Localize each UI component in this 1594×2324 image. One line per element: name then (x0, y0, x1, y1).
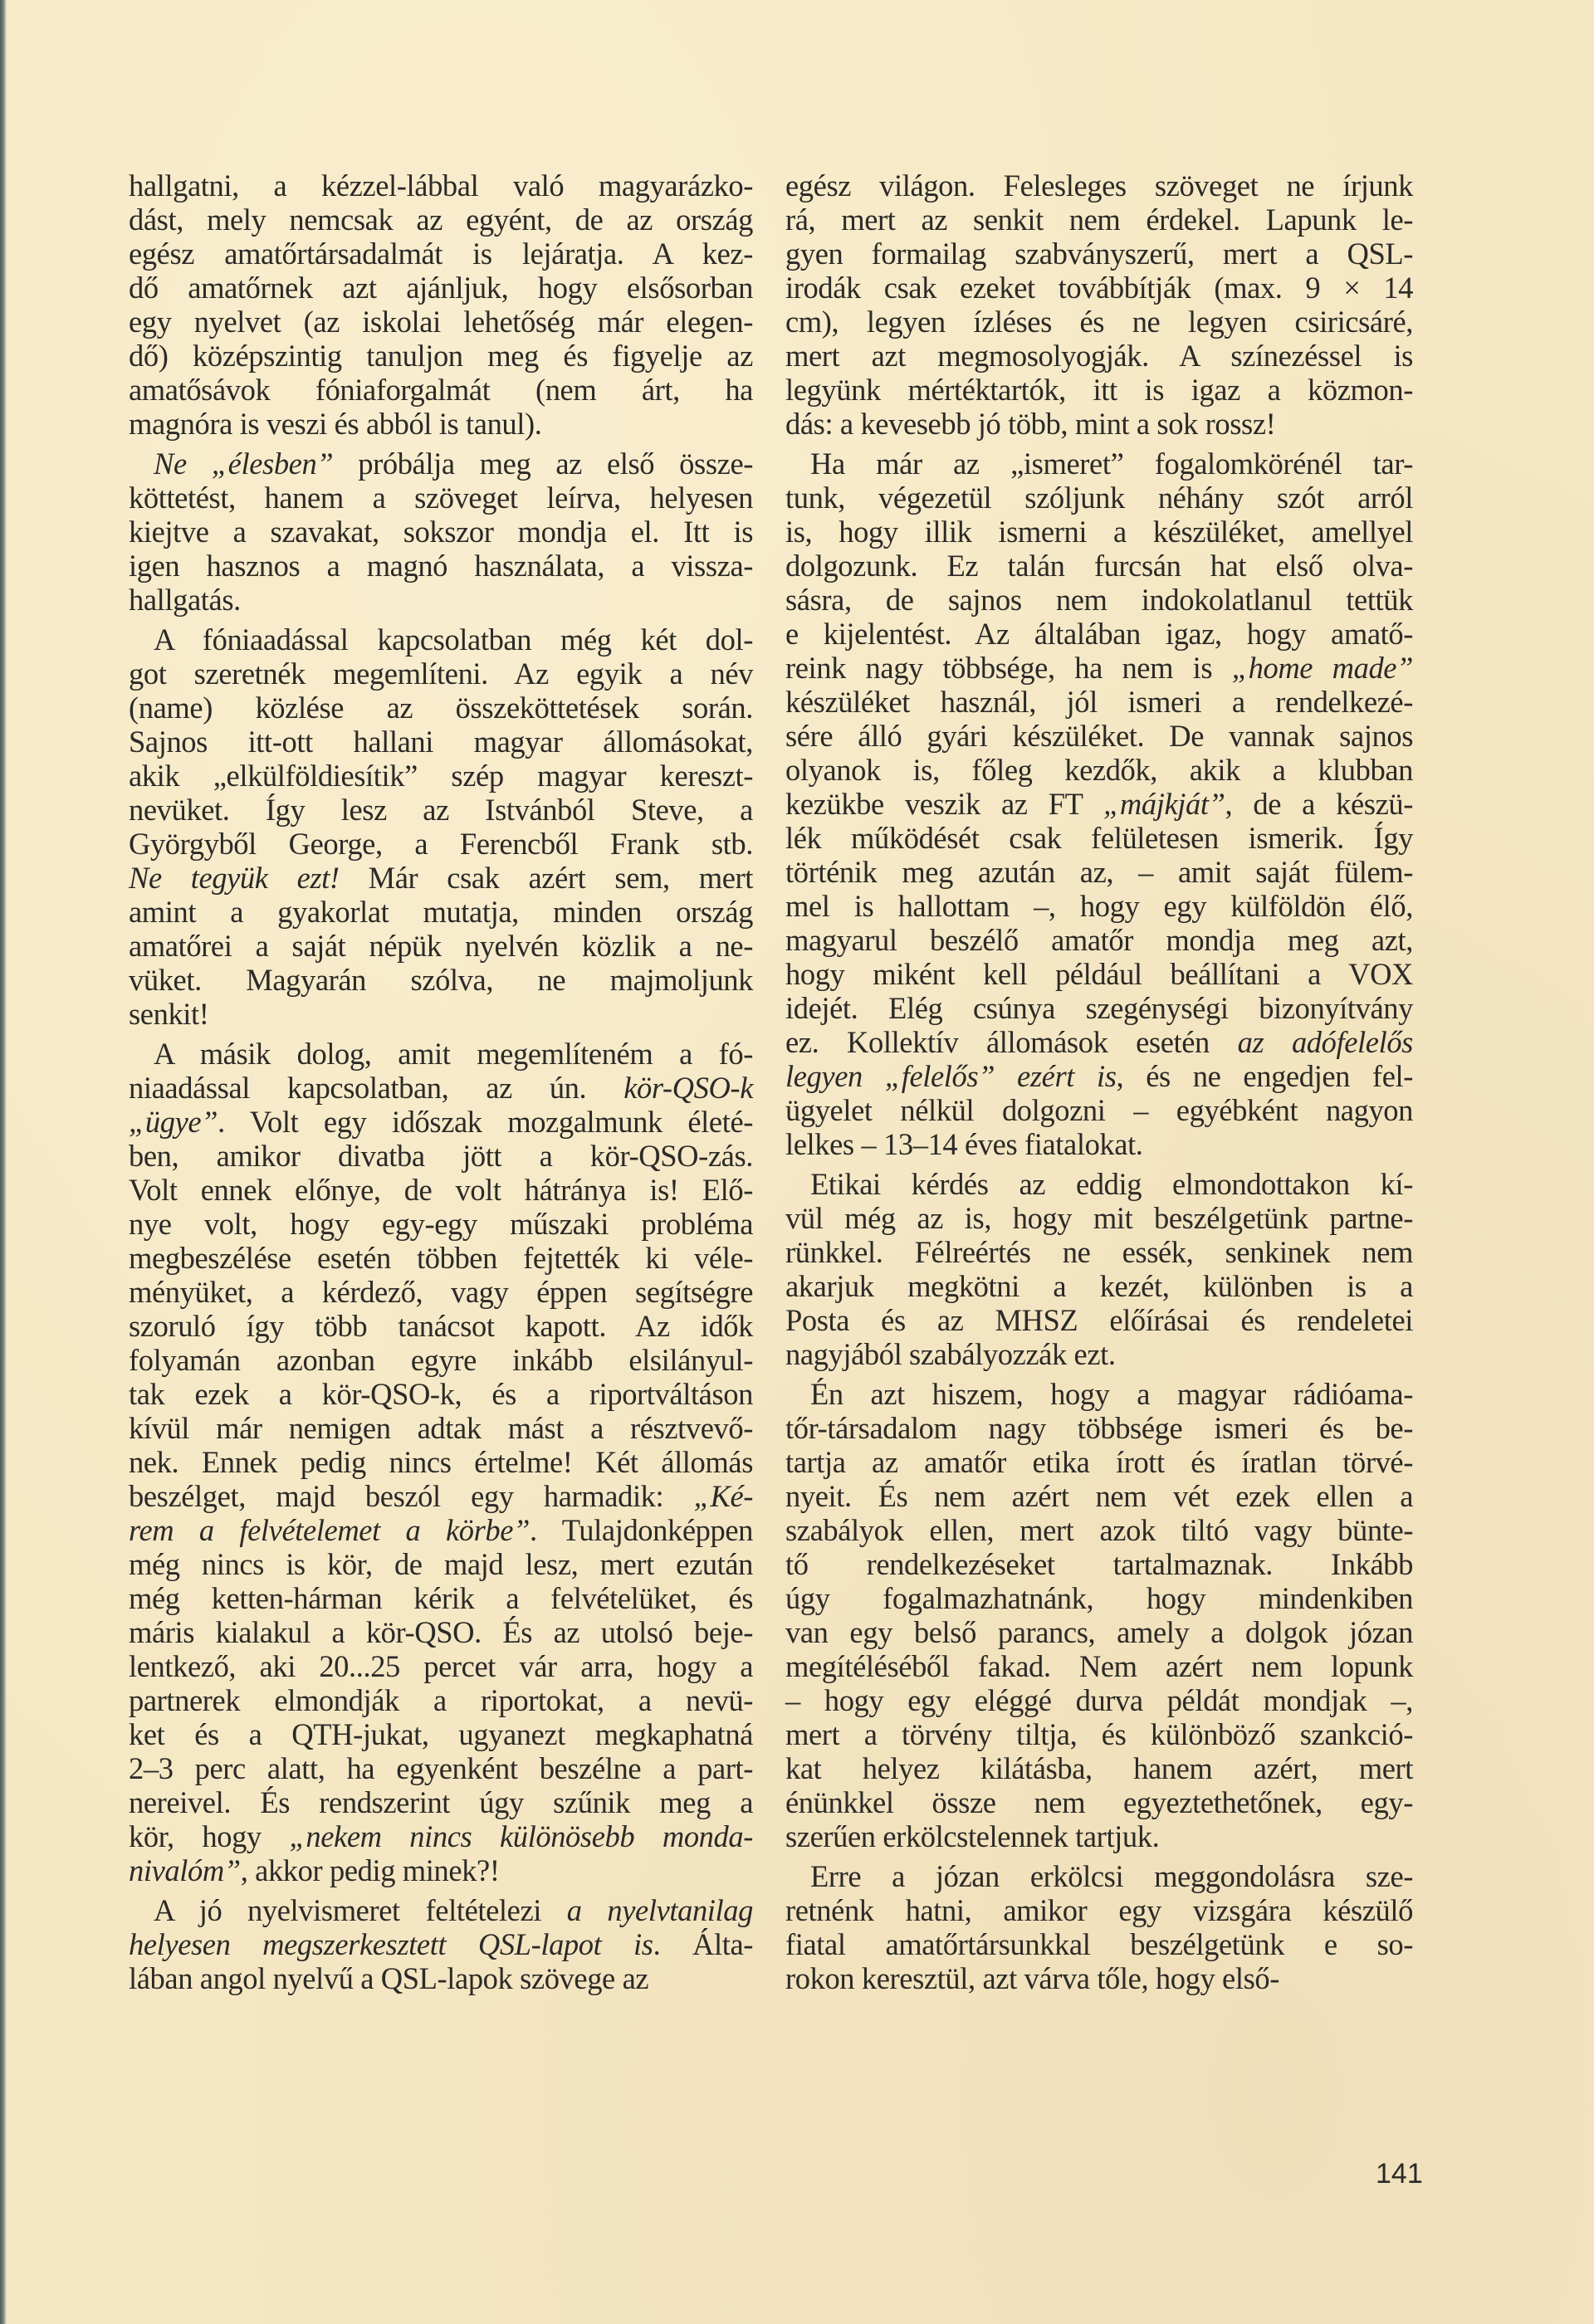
text-segment: irodák csak ezeket továbbítják (max. 9 ×… (785, 271, 1413, 305)
text-segment: kiejtve a szavakat, sokszor mondja el. I… (129, 515, 753, 549)
text-segment: amatősávok fóniaforgalmát (nem árt, ha (129, 373, 753, 407)
text-segment: sére álló gyári készüléket. De vannak sa… (785, 719, 1413, 753)
text-segment: sásra, de sajnos nem indokolatlanul tett… (785, 583, 1413, 617)
text-segment: mert a törvény tiltja, és különböző szan… (785, 1717, 1413, 1751)
text-line: A jó nyelvismeret feltételezi a nyelvtan… (129, 1893, 753, 1927)
text-segment: ben, amikor divatba jött a kör-QSO-zás. (129, 1139, 753, 1173)
text-line: ben, amikor divatba jött a kör-QSO-zás. (129, 1139, 753, 1173)
text-segment: ket és a QTH-jukat, ugyanezt megkaphatná (129, 1717, 753, 1751)
text-line: énünkkel össze nem egyeztethetőnek, egy- (785, 1785, 1413, 1819)
text-line: készüléket használ, jól ismeri a rendelk… (785, 685, 1413, 719)
text-segment: megítéléséből fakad. Nem azért nem lopun… (785, 1649, 1413, 1683)
text-segment: nye volt, hogy egy-egy műszaki probléma (129, 1207, 753, 1241)
text-segment: dolgozunk. Ez talán furcsán hat első olv… (785, 549, 1413, 583)
text-line: egy nyelvet (az iskolai lehetőség már el… (129, 305, 753, 339)
text-segment: úgy fogalmazhatnánk, hogy mindenkiben (785, 1581, 1413, 1615)
text-segment: akarjuk megkötni a kezét, különben is a (785, 1269, 1413, 1303)
text-line: Erre a józan erkölcsi meggondolásra sze- (785, 1859, 1413, 1893)
text-segment: dő amatőrnek azt ajánljuk, hogy elsősorb… (129, 271, 753, 305)
text-line: mert azt megmosolyogják. A színezéssel i… (785, 339, 1413, 373)
text-segment: hallgatás. (129, 583, 241, 617)
emphasis: nivalóm” (129, 1853, 241, 1887)
text-segment: még ketten-hárman kérik a felvételüket, … (129, 1581, 753, 1615)
emphasis: „májkját” (1103, 787, 1225, 821)
text-line: kör, hogy „nekem nincs különösebb monda- (129, 1819, 753, 1853)
emphasis: a nyelvtanilag (567, 1893, 753, 1927)
text-line: ket és a QTH-jukat, ugyanezt megkaphatná (129, 1717, 753, 1751)
text-segment: reink nagy többsége, ha nem is (785, 651, 1232, 685)
text-line: még ketten-hárman kérik a felvételüket, … (129, 1581, 753, 1615)
text-segment: . Volt egy időszak mozgalmunk életé- (218, 1105, 753, 1139)
paragraph-gap (129, 1887, 753, 1893)
text-line: igen hasznos a magnó használata, a vissz… (129, 549, 753, 583)
text-line: amint a gyakorlat mutatja, minden ország (129, 895, 753, 929)
emphasis: „ügye” (129, 1105, 218, 1139)
text-segment: szoruló így több tanácsot kapott. Az idő… (129, 1309, 753, 1343)
text-line: Én azt hiszem, hogy a magyar rádióama- (785, 1377, 1413, 1411)
text-line: mel is hallottam –, hogy egy külföldön é… (785, 889, 1413, 923)
text-segment: nereivel. És rendszerint úgy szűnik meg … (129, 1785, 753, 1819)
paragraph: hallgatni, a kézzel-lábbal való magyaráz… (129, 168, 753, 441)
paragraph: A jó nyelvismeret feltételezi a nyelvtan… (129, 1893, 753, 1995)
emphasis: „nekem nincs különösebb monda- (289, 1819, 753, 1853)
text-segment: Volt ennek előnye, de volt hátránya is! … (129, 1173, 753, 1207)
text-segment: gyen formailag szabványszerű, mert a QSL… (785, 237, 1413, 271)
text-segment: Györgyből George, a Ferencből Frank stb. (129, 827, 753, 861)
text-line: (name) közlése az összeköttetések során. (129, 691, 753, 725)
text-line: A másik dolog, amit megemlíteném a fó- (129, 1037, 753, 1071)
text-line: tak ezek a kör-QSO-k, és a riportváltáso… (129, 1377, 753, 1411)
text-line: Ne „élesben” próbálja meg az első össze- (129, 447, 753, 481)
text-segment: nyeit. És nem azért nem vét ezek ellen a (785, 1479, 1413, 1513)
emphasis: kör-QSO-k (623, 1071, 753, 1105)
text-line: e kijelentést. Az általában igaz, hogy a… (785, 617, 1413, 651)
text-line: mert a törvény tiltja, és különböző szan… (785, 1717, 1413, 1751)
text-segment: . Álta- (653, 1927, 753, 1961)
text-segment: tunk, végezetül szóljunk néhány szót arr… (785, 481, 1413, 515)
text-line: nereivel. És rendszerint úgy szűnik meg … (129, 1785, 753, 1819)
text-line: A fóniaadással kapcsolatban még két dol- (129, 622, 753, 657)
text-line: partnerek elmondják a riportokat, a nevü… (129, 1683, 753, 1717)
text-segment: megbeszélése esetén többen fejtették ki … (129, 1241, 753, 1275)
text-line: még nincs is kör, de majd lesz, mert ezu… (129, 1547, 753, 1581)
text-line: hallgatás. (129, 583, 753, 617)
text-segment: dás: a kevesebb jó több, mint a sok ross… (785, 407, 1275, 441)
text-segment: mert azt megmosolyogják. A színezéssel i… (785, 339, 1413, 373)
text-segment: vüket. Magyarán szólva, ne majmoljunk (129, 963, 753, 997)
text-line: tartja az amatőr etika írott és íratlan … (785, 1445, 1413, 1479)
paragraph: egész világon. Felesleges szöveget ne ír… (785, 168, 1413, 441)
text-line: cm), legyen ízléses és ne legyen csirics… (785, 305, 1413, 339)
paragraph-gap (129, 617, 753, 622)
text-line: Volt ennek előnye, de volt hátránya is! … (129, 1173, 753, 1207)
paragraph: Erre a józan erkölcsi meggondolásra sze-… (785, 1859, 1413, 1995)
text-line: reink nagy többsége, ha nem is „home mad… (785, 651, 1413, 685)
text-line: „ügye”. Volt egy időszak mozgalmunk élet… (129, 1105, 753, 1139)
text-segment: tő rendelkezéseket tartalmaznak. Inkább (785, 1547, 1413, 1581)
text-segment: (name) közlése az összeköttetések során. (129, 691, 753, 725)
text-line: nek. Ennek pedig nincs értelme! Két állo… (129, 1445, 753, 1479)
text-segment: amatőrei a saját népük nyelvén közlik a … (129, 929, 753, 963)
text-segment: 2–3 perc alatt, ha egyenként beszélne a … (129, 1751, 753, 1785)
text-segment: egy nyelvet (az iskolai lehetőség már el… (129, 305, 753, 339)
text-segment: egész amatőrtársadalmát is lejáratja. A … (129, 237, 753, 271)
text-line: vüket. Magyarán szólva, ne majmoljunk (129, 963, 753, 997)
text-segment: , és ne engedjen fel- (1117, 1059, 1413, 1093)
paragraph: Ne „élesben” próbálja meg az első össze-… (129, 447, 753, 617)
text-line: sére álló gyári készüléket. De vannak sa… (785, 719, 1413, 753)
emphasis: legyen „felelős” ezért is (785, 1059, 1117, 1093)
text-segment: kezükbe veszik az FT (785, 787, 1103, 821)
text-line: legyünk mértéktartók, itt is igaz a közm… (785, 373, 1413, 407)
text-segment: énünkkel össze nem egyeztethetőnek, egy- (785, 1785, 1413, 1819)
text-line: amatősávok fóniaforgalmát (nem árt, ha (129, 373, 753, 407)
text-line: nagyjából szabályozzák ezt. (785, 1337, 1413, 1371)
text-segment: fiatal amatőrtársunkkal beszélgetünk e s… (785, 1927, 1413, 1961)
text-line: olyanok is, főleg kezdők, akik a klubban (785, 753, 1413, 787)
text-segment: ményüket, a kérdező, vagy éppen segítség… (129, 1275, 753, 1309)
text-segment: tartja az amatőr etika írott és íratlan … (785, 1445, 1413, 1479)
text-segment: akik „elkülföldiesítik” szép magyar kere… (129, 759, 753, 793)
text-line: megítéléséből fakad. Nem azért nem lopun… (785, 1649, 1413, 1683)
text-segment: szabályok ellen, mert azok tiltó vagy bü… (785, 1513, 1413, 1547)
text-line: sásra, de sajnos nem indokolatlanul tett… (785, 583, 1413, 617)
paragraph: A másik dolog, amit megemlíteném a fó-ni… (129, 1037, 753, 1887)
left-text-column: hallgatni, a kézzel-lábbal való magyaráz… (129, 168, 753, 1995)
text-segment: kívül már nemigen adtak mást a résztvevő… (129, 1411, 753, 1445)
page-number: 141 (1376, 2158, 1423, 2190)
text-segment: got szeretnék megemlíteni. Az egyik a né… (129, 657, 753, 691)
text-line: folyamán azonban egyre inkább elsilányul… (129, 1343, 753, 1377)
emphasis: Ne „élesben” (154, 447, 333, 481)
text-segment: lelkes – 13–14 éves fiatalokat. (785, 1127, 1143, 1161)
text-line: Györgyből George, a Ferencből Frank stb. (129, 827, 753, 861)
text-segment: Én azt hiszem, hogy a magyar rádióama- (810, 1377, 1413, 1411)
text-line: ményüket, a kérdező, vagy éppen segítség… (129, 1275, 753, 1309)
text-line: szerűen erkölcstelennek tartjuk. (785, 1819, 1413, 1853)
text-line: dolgozunk. Ez talán furcsán hat első olv… (785, 549, 1413, 583)
text-line: retnénk hatni, amikor egy vizsgára készü… (785, 1893, 1413, 1927)
text-line: nye volt, hogy egy-egy műszaki probléma (129, 1207, 753, 1241)
text-segment: , de a készü- (1225, 787, 1413, 821)
text-segment: lában angol nyelvű a QSL-lapok szövege a… (129, 1961, 648, 1995)
text-segment: is, hogy illik ismerni a készüléket, ame… (785, 515, 1413, 549)
text-segment: kör, hogy (129, 1819, 289, 1853)
text-segment: vül még az is, hogy mit beszélgetünk par… (785, 1201, 1413, 1235)
text-segment: van egy belső parancs, amely a dolgok jó… (785, 1615, 1413, 1649)
emphasis: „home made” (1232, 651, 1413, 685)
text-line: tő rendelkezéseket tartalmaznak. Inkább (785, 1547, 1413, 1581)
text-segment: dást, mely nemcsak az egyént, de az orsz… (129, 203, 753, 237)
text-segment: történik meg azután az, – amit saját fül… (785, 855, 1413, 889)
text-segment: máris kialakul a kör-QSO. És az utolsó b… (129, 1615, 753, 1649)
text-segment: nagyjából szabályozzák ezt. (785, 1337, 1116, 1371)
text-line: hogy miként kell például beállítani a VO… (785, 957, 1413, 991)
paragraph-gap (785, 441, 1413, 447)
text-line: szoruló így több tanácsot kapott. Az idő… (129, 1309, 753, 1343)
paragraph: A fóniaadással kapcsolatban még két dol-… (129, 622, 753, 1031)
text-segment: folyamán azonban egyre inkább elsilányul… (129, 1343, 753, 1377)
text-line: történik meg azután az, – amit saját fül… (785, 855, 1413, 889)
text-line: akarjuk megkötni a kezét, különben is a (785, 1269, 1413, 1303)
text-line: fiatal amatőrtársunkkal beszélgetünk e s… (785, 1927, 1413, 1961)
text-line: magnóra is veszi és abból is tanul). (129, 407, 753, 441)
emphasis: helyesen megszerkesztett QSL-lapot is (129, 1927, 653, 1961)
text-line: got szeretnék megemlíteni. Az egyik a né… (129, 657, 753, 691)
text-segment: Már csak azért sem, mert (340, 861, 753, 895)
text-segment: A másik dolog, amit megemlíteném a fó- (154, 1037, 753, 1071)
emphasis: Ne tegyük ezt! (129, 861, 340, 895)
text-segment: rünkkel. Félreértés ne essék, senkinek n… (785, 1235, 1413, 1269)
emphasis: az adófelelős (1238, 1025, 1413, 1059)
text-line: is, hogy illik ismerni a készüléket, ame… (785, 515, 1413, 549)
paragraph: Én azt hiszem, hogy a magyar rádióama-tő… (785, 1377, 1413, 1853)
paragraph-gap (129, 441, 753, 447)
paragraph: Etikai kérdés az eddig elmondottakon kí-… (785, 1167, 1413, 1371)
text-segment: még nincs is kör, de majd lesz, mert ezu… (129, 1547, 753, 1581)
text-segment: magyarul beszélő amatőr mondja meg azt, (785, 923, 1413, 957)
text-line: dást, mely nemcsak az egyént, de az orsz… (129, 203, 753, 237)
text-segment: beszélget, majd beszól egy harmadik: (129, 1479, 694, 1513)
text-segment: e kijelentést. Az általában igaz, hogy a… (785, 617, 1413, 651)
text-line: kat helyez kilátásba, hanem azért, mert (785, 1751, 1413, 1785)
text-line: lában angol nyelvű a QSL-lapok szövege a… (129, 1961, 753, 1995)
text-line: kiejtve a szavakat, sokszor mondja el. I… (129, 515, 753, 549)
text-segment: kat helyez kilátásba, hanem azért, mert (785, 1751, 1413, 1785)
text-line: – hogy egy eléggé durva példát mondjak –… (785, 1683, 1413, 1717)
text-segment: hallgatni, a kézzel-lábbal való magyaráz… (129, 168, 753, 203)
text-segment: cm), legyen ízléses és ne legyen csirics… (785, 305, 1413, 339)
text-segment: , akkor pedig minek?! (241, 1853, 500, 1887)
text-segment: köttetést, hanem a szöveget leírva, hely… (129, 481, 753, 515)
text-line: ez. Kollektív állomások esetén az adófel… (785, 1025, 1413, 1059)
text-line: máris kialakul a kör-QSO. És az utolsó b… (129, 1615, 753, 1649)
text-line: lelkes – 13–14 éves fiatalokat. (785, 1127, 1413, 1161)
text-line: dás: a kevesebb jó több, mint a sok ross… (785, 407, 1413, 441)
text-line: dő) középszintig tanuljon meg és figyelj… (129, 339, 753, 373)
text-line: amatőrei a saját népük nyelvén közlik a … (129, 929, 753, 963)
text-line: rem a felvételemet a körbe”. Tulajdonkép… (129, 1513, 753, 1547)
text-segment: A fóniaadással kapcsolatban még két dol- (154, 622, 753, 657)
text-line: egész világon. Felesleges szöveget ne ír… (785, 168, 1413, 203)
text-segment: Etikai kérdés az eddig elmondottakon kí- (810, 1167, 1413, 1201)
text-line: úgy fogalmazhatnánk, hogy mindenkiben (785, 1581, 1413, 1615)
text-segment: szerűen erkölcstelennek tartjuk. (785, 1819, 1159, 1853)
paragraph-gap (785, 1161, 1413, 1167)
right-text-column: egész világon. Felesleges szöveget ne ír… (785, 168, 1413, 1995)
text-segment: igen hasznos a magnó használata, a vissz… (129, 549, 753, 583)
text-line: hallgatni, a kézzel-lábbal való magyaráz… (129, 168, 753, 203)
text-segment: – hogy egy eléggé durva példát mondjak –… (785, 1683, 1413, 1717)
text-segment: dő) középszintig tanuljon meg és figyelj… (129, 339, 753, 373)
text-line: 2–3 perc alatt, ha egyenként beszélne a … (129, 1751, 753, 1785)
text-line: vül még az is, hogy mit beszélgetünk par… (785, 1201, 1413, 1235)
text-line: magyarul beszélő amatőr mondja meg azt, (785, 923, 1413, 957)
text-segment: Posta és az MHSZ előírásai és rendeletei (785, 1303, 1413, 1337)
text-line: Ne tegyük ezt! Már csak azért sem, mert (129, 861, 753, 895)
text-line: kívül már nemigen adtak mást a résztvevő… (129, 1411, 753, 1445)
text-line: ügyelet nélkül dolgozni – egyébként nagy… (785, 1093, 1413, 1127)
text-line: lentkező, aki 20...25 percet vár arra, h… (129, 1649, 753, 1683)
text-segment: készüléket használ, jól ismeri a rendelk… (785, 685, 1413, 719)
emphasis: „Ké- (694, 1479, 753, 1513)
paragraph: Ha már az „ismeret” fogalomkörénél tar-t… (785, 447, 1413, 1161)
text-segment: olyanok is, főleg kezdők, akik a klubban (785, 753, 1413, 787)
text-segment: magnóra is veszi és abból is tanul). (129, 407, 542, 441)
text-segment: retnénk hatni, amikor egy vizsgára készü… (785, 1893, 1413, 1927)
text-line: nyeit. És nem azért nem vét ezek ellen a (785, 1479, 1413, 1513)
text-segment: tak ezek a kör-QSO-k, és a riportváltáso… (129, 1377, 753, 1411)
text-line: lék működését csak felületesen ismerik. … (785, 821, 1413, 855)
text-segment: ez. Kollektív állomások esetén (785, 1025, 1238, 1059)
text-segment: niaadással kapcsolatban, az ún. (129, 1071, 623, 1105)
text-line: köttetést, hanem a szöveget leírva, hely… (129, 481, 753, 515)
text-line: irodák csak ezeket továbbítják (max. 9 ×… (785, 271, 1413, 305)
text-line: dő amatőrnek azt ajánljuk, hogy elsősorb… (129, 271, 753, 305)
text-segment: nevüket. Így lesz az Istvánból Steve, a (129, 793, 753, 827)
text-line: akik „elkülföldiesítik” szép magyar kere… (129, 759, 753, 793)
text-line: Posta és az MHSZ előírásai és rendeletei (785, 1303, 1413, 1337)
text-line: Sajnos itt-ott hallani magyar állomásoka… (129, 725, 753, 759)
text-line: rá, mert az senkit nem érdekel. Lapunk l… (785, 203, 1413, 237)
text-line: idejét. Elég csúnya szegénységi bizonyít… (785, 991, 1413, 1025)
text-segment: tőr-társadalom nagy többsége ismeri és b… (785, 1411, 1413, 1445)
text-segment: senkit! (129, 997, 209, 1031)
text-segment: hogy miként kell például beállítani a VO… (785, 957, 1413, 991)
text-line: nivalóm”, akkor pedig minek?! (129, 1853, 753, 1887)
text-segment: . Tulajdonképpen (530, 1513, 753, 1547)
text-line: szabályok ellen, mert azok tiltó vagy bü… (785, 1513, 1413, 1547)
text-line: nevüket. Így lesz az Istvánból Steve, a (129, 793, 753, 827)
text-line: helyesen megszerkesztett QSL-lapot is. Á… (129, 1927, 753, 1961)
text-segment: mel is hallottam –, hogy egy külföldön é… (785, 889, 1413, 923)
text-segment: legyünk mértéktartók, itt is igaz a közm… (785, 373, 1413, 407)
text-line: beszélget, majd beszól egy harmadik: „Ké… (129, 1479, 753, 1513)
text-segment: ügyelet nélkül dolgozni – egyébként nagy… (785, 1093, 1413, 1127)
paragraph-gap (785, 1853, 1413, 1859)
binding-edge (0, 0, 7, 2324)
text-line: rokon keresztül, azt várva tőle, hogy el… (785, 1961, 1413, 1995)
text-line: van egy belső parancs, amely a dolgok jó… (785, 1615, 1413, 1649)
text-segment: rokon keresztül, azt várva tőle, hogy el… (785, 1961, 1279, 1995)
text-segment: idejét. Elég csúnya szegénységi bizonyít… (785, 991, 1413, 1025)
text-segment: partnerek elmondják a riportokat, a nevü… (129, 1683, 753, 1717)
text-line: kezükbe veszik az FT „májkját”, de a kés… (785, 787, 1413, 821)
text-segment: Ha már az „ismeret” fogalomkörénél tar- (810, 447, 1413, 481)
text-line: tőr-társadalom nagy többsége ismeri és b… (785, 1411, 1413, 1445)
text-line: legyen „felelős” ezért is, és ne engedje… (785, 1059, 1413, 1093)
text-segment: lék működését csak felületesen ismerik. … (785, 821, 1413, 855)
emphasis: rem a felvételemet a körbe” (129, 1513, 530, 1547)
text-line: senkit! (129, 997, 753, 1031)
text-segment: próbálja meg az első össze- (333, 447, 753, 481)
text-segment: Sajnos itt-ott hallani magyar állomásoka… (129, 725, 753, 759)
text-segment: rá, mert az senkit nem érdekel. Lapunk l… (785, 203, 1413, 237)
text-line: megbeszélése esetén többen fejtették ki … (129, 1241, 753, 1275)
text-segment: amint a gyakorlat mutatja, minden ország (129, 895, 753, 929)
text-line: gyen formailag szabványszerű, mert a QSL… (785, 237, 1413, 271)
paragraph-gap (129, 1031, 753, 1037)
text-segment: lentkező, aki 20...25 percet vár arra, h… (129, 1649, 753, 1683)
text-segment: A jó nyelvismeret feltételezi (154, 1893, 567, 1927)
text-segment: egész világon. Felesleges szöveget ne ír… (785, 168, 1413, 203)
text-segment: Erre a józan erkölcsi meggondolásra sze- (810, 1859, 1413, 1893)
text-line: Ha már az „ismeret” fogalomkörénél tar- (785, 447, 1413, 481)
text-line: egész amatőrtársadalmát is lejáratja. A … (129, 237, 753, 271)
text-line: tunk, végezetül szóljunk néhány szót arr… (785, 481, 1413, 515)
text-segment: nek. Ennek pedig nincs értelme! Két állo… (129, 1445, 753, 1479)
text-line: niaadással kapcsolatban, az ún. kör-QSO-… (129, 1071, 753, 1105)
text-line: rünkkel. Félreértés ne essék, senkinek n… (785, 1235, 1413, 1269)
paragraph-gap (785, 1371, 1413, 1377)
text-line: Etikai kérdés az eddig elmondottakon kí- (785, 1167, 1413, 1201)
